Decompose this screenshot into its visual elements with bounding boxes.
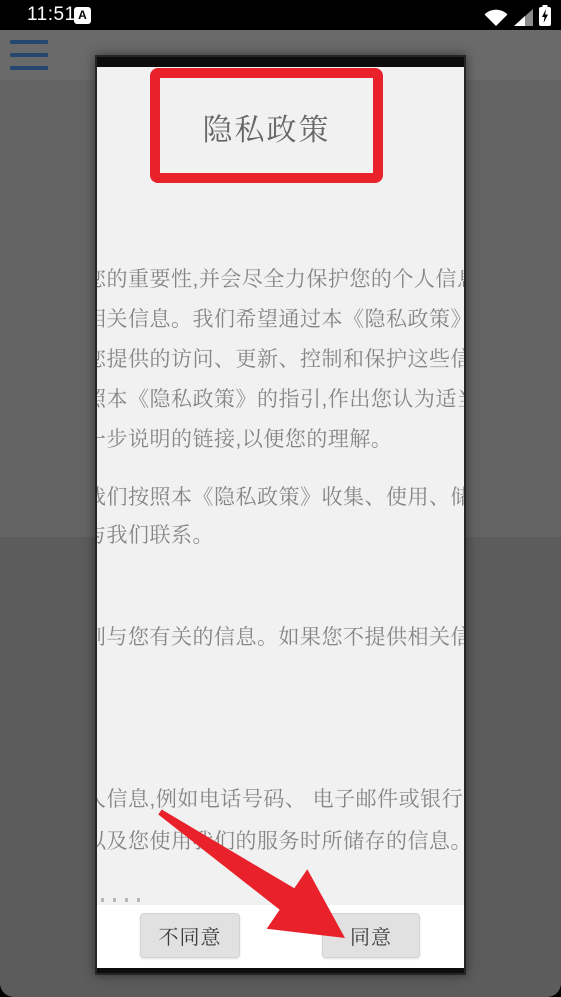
policy-text-line: 人信息,例如电话号码、 电子邮件或银行卡号 — [97, 783, 464, 813]
policy-text-line: 与我们联系。 — [97, 519, 214, 549]
status-time: 11:51 — [27, 4, 76, 26]
privacy-policy-title: 隐私政策 — [97, 105, 450, 149]
privacy-policy-dialog: 隐私政策 您的重要性,并会尽全力保护您的个人信息安相关信息。我们希望通过本《隐私… — [95, 55, 466, 975]
clipped-text-line — [101, 898, 147, 902]
ime-a-icon: A — [74, 7, 91, 24]
policy-text-line: 您提供的访问、更新、控制和保护这些信息 — [97, 343, 464, 373]
policy-text-line: 列与您有关的信息。如果您不提供相关信息 — [97, 621, 464, 651]
policy-text-line: 以及您使用我们的服务时所储存的信息。 — [97, 825, 464, 855]
policy-text-line: 一步说明的链接,以便您的理解。 — [97, 423, 392, 453]
disagree-button[interactable]: 不同意 — [140, 913, 240, 958]
policy-text-line: 照本《隐私政策》的指引,作出您认为适当的 — [97, 383, 464, 413]
wifi-icon — [484, 8, 508, 26]
hamburger-menu-icon[interactable] — [10, 40, 48, 71]
dialog-top-bar — [97, 57, 464, 67]
agree-button[interactable]: 同意 — [322, 913, 420, 958]
dialog-bottom-bar — [97, 968, 464, 973]
status-bar: 11:51 A — [0, 0, 561, 30]
dialog-button-bar: 不同意 同意 — [97, 905, 464, 968]
privacy-policy-content[interactable]: 隐私政策 您的重要性,并会尽全力保护您的个人信息安相关信息。我们希望通过本《隐私… — [97, 67, 464, 905]
phone-screen: 11:51 A 隐私 — [0, 0, 561, 997]
policy-text-line: 我们按照本《隐私政策》收集、使用、储存 — [97, 481, 464, 511]
status-icons — [484, 6, 551, 26]
battery-charging-icon — [539, 5, 551, 26]
policy-text-line: 您的重要性,并会尽全力保护您的个人信息安 — [97, 263, 464, 293]
cellular-signal-icon — [514, 9, 533, 26]
policy-text-line: 相关信息。我们希望通过本《隐私政策》向 — [97, 303, 464, 333]
